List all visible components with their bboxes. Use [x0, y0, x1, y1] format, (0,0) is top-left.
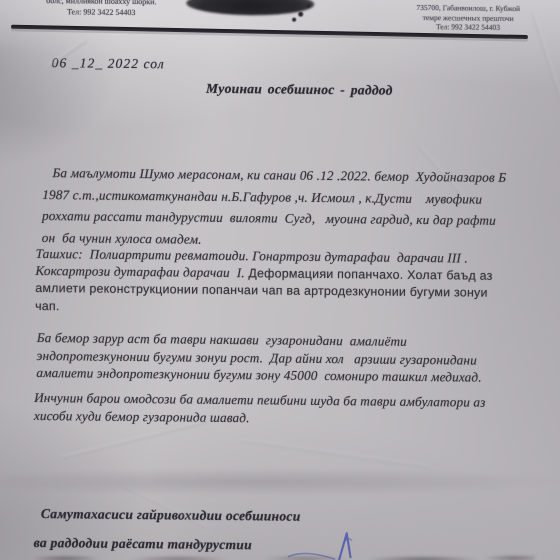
footer-signatory-line2: ва раддодии раёсати тандурустии	[34, 535, 252, 553]
emblem-dot	[292, 18, 296, 22]
text-line: амалиети эндопротезкунонии бугуми зону 4…	[36, 364, 481, 386]
emblem-dot	[289, 5, 295, 11]
document-page: болс, миллиякон шоахху шорки. Тел: 992 3…	[0, 0, 560, 560]
signature-ink	[286, 529, 376, 560]
paragraph-intro: Ба маълумоти Шумо мерасонам, ки санаи 06…	[42, 162, 507, 253]
emblem-dot	[306, 4, 310, 8]
paragraph-outpatient: Инчунин барои омодсози ба амалиети пешби…	[34, 389, 486, 429]
letterhead-right: 735700, Габанвоилош, г. Кубжой темре жес…	[382, 3, 554, 33]
paragraph-recommendation: Ба бемор зарур аст ба таври накшави гуза…	[36, 329, 482, 386]
document-photo: болс, миллиякон шоахху шорки. Тел: 992 3…	[0, 0, 560, 560]
text-segment-italic: Коксартрози дутарафаи дарачаи I.	[35, 263, 244, 280]
text-segment-sans: Деформацияи попанчахо. Холат баъд аз	[245, 266, 493, 283]
paragraph-diagnosis: Ташхис: Полиартрити ревматоиди. Гонартро…	[35, 245, 493, 320]
footer-signatory-line1: Самутахасиси гайривохидии осебшиноси	[41, 506, 301, 525]
letterhead-right-phone: Тел: 992 3422 54403	[382, 22, 554, 33]
letterhead-left: болс, миллиякон шоахху шорки. Тел: 992 3…	[6, 0, 196, 19]
document-title: Муоинаи осебшинос - раддод	[167, 80, 431, 99]
letterhead-left-phone: Тел: 992 3422 54403	[6, 6, 196, 19]
document-date: 06 _12_ 2022 сол	[52, 55, 165, 72]
emblem-dot	[298, 12, 303, 17]
